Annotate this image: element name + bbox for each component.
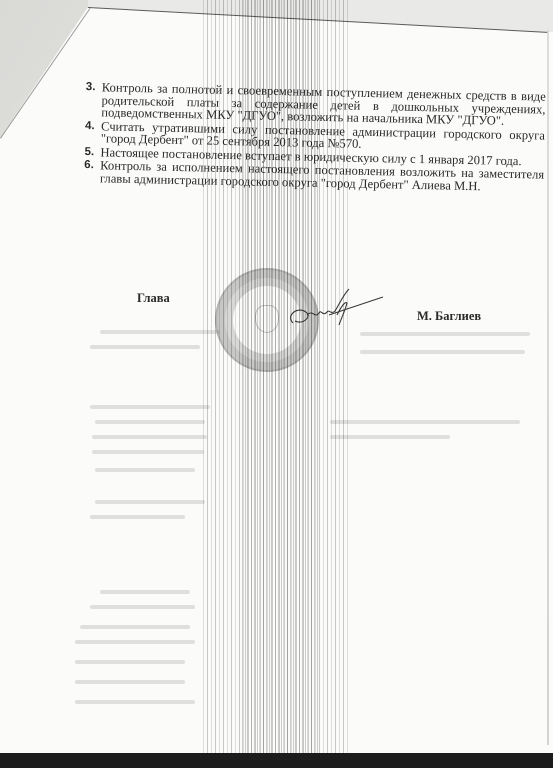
ghost-text-line xyxy=(75,640,195,644)
signatory-name: М. Баглиев xyxy=(417,309,481,324)
ghost-text-line xyxy=(90,515,185,519)
ghost-text-line xyxy=(80,625,190,629)
ghost-text-line xyxy=(90,605,195,609)
ghost-text-line xyxy=(92,450,204,454)
ghost-text-line xyxy=(95,420,205,424)
seal-emblem-icon xyxy=(255,305,279,333)
item-number: 4. xyxy=(85,119,102,144)
ghost-text-line xyxy=(92,435,207,439)
ghost-text-line xyxy=(90,345,200,349)
signatory-position: Глава xyxy=(137,291,170,306)
ghost-text-line xyxy=(360,332,530,336)
document-body: 3. Контроль за полнотой и своевременным … xyxy=(84,81,546,195)
scanner-bottom-edge xyxy=(0,753,553,768)
ghost-text-line xyxy=(75,660,185,664)
ghost-text-line xyxy=(75,700,195,704)
ghost-text-line xyxy=(100,330,220,334)
item-number: 6. xyxy=(84,159,101,184)
signature-icon xyxy=(285,285,385,335)
ghost-text-line xyxy=(360,350,525,354)
ghost-text-line xyxy=(95,468,195,472)
ghost-text-line xyxy=(90,405,210,409)
item-number: 5. xyxy=(84,145,100,158)
ghost-text-line xyxy=(330,435,450,439)
ghost-text-line xyxy=(75,680,185,684)
item-number: 3. xyxy=(85,81,102,119)
ghost-text-line xyxy=(95,500,205,504)
ghost-text-line xyxy=(100,590,190,594)
ghost-text-line xyxy=(330,420,520,424)
page-right-edge xyxy=(547,30,549,745)
